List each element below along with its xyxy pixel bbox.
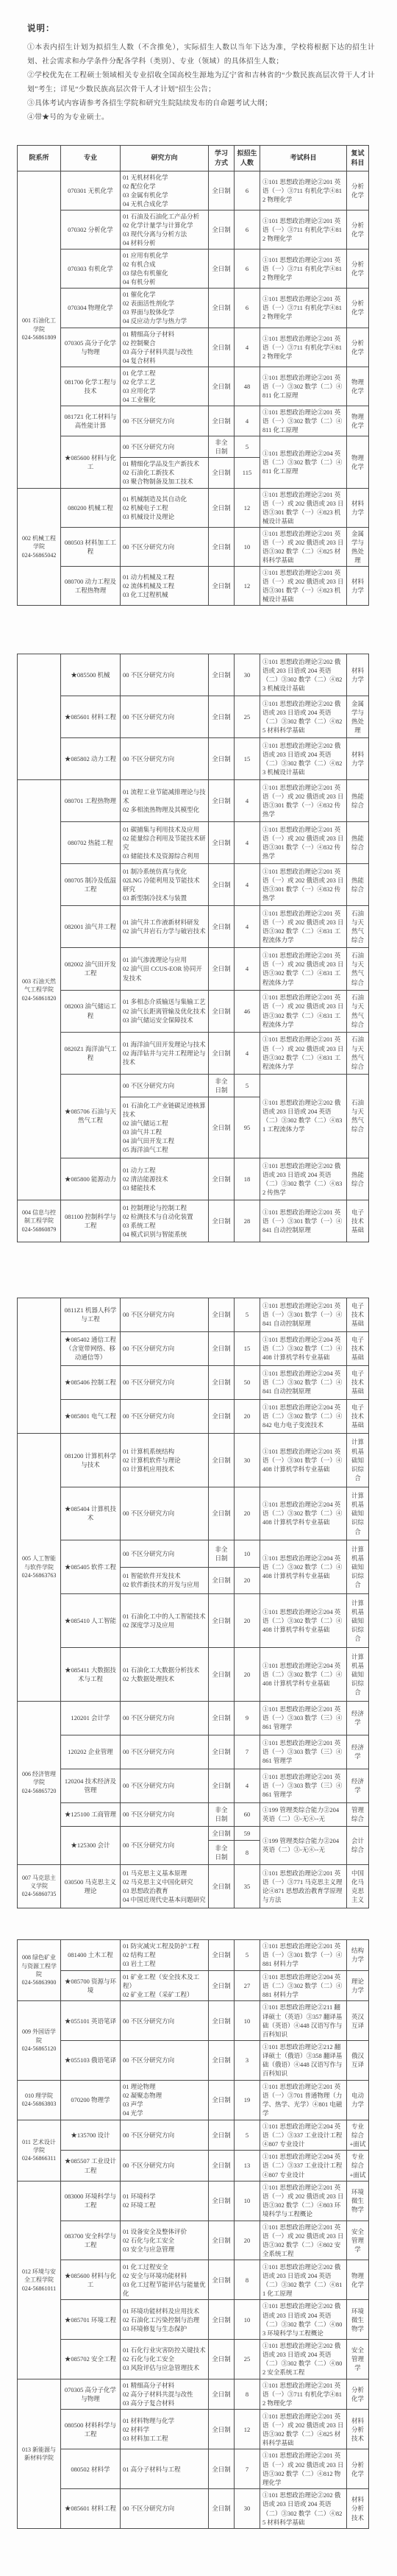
enrollment-cell: 10 [235, 2300, 260, 2340]
enrollment-cell: 19 [235, 2080, 260, 2120]
table-row: ★085402 通信工程（含宽带网络、移动通信等）00 不区分研究方向全日制15… [18, 1331, 369, 1365]
table-row: 081700 化学工程与技术01 化学工程 02 化学工艺 03 应用化学 04… [18, 367, 369, 406]
direction-cell: 00 不区分研究方向 [121, 1540, 209, 1567]
study-mode-cell: 非全 日制 [209, 1802, 235, 1826]
retest-subject-cell: 分析化学 [347, 2379, 369, 2410]
retest-subject-cell: 热能综合 [347, 822, 369, 864]
study-mode-cell: 全日制 [209, 2151, 235, 2182]
admissions-table-page-3: 0811Z1 机器人科学与工程00 不区分研究方向全日制5①101 思想政治理论… [17, 1298, 369, 1908]
direction-cell: 01 动力机械及工程 02 流体机械及工程 03 化工过程机械 [121, 567, 209, 606]
exam-subjects-cell: ①101 思想政治理论②201 英语（一）或 202 俄语或 203 日语③30… [260, 2181, 347, 2221]
exam-subjects-cell: ①101 思想政治理论②201 英语（一）或 202 俄语或 203 日语③30… [260, 906, 347, 948]
retest-subject-cell: 材料力学 [347, 567, 369, 606]
direction-cell: 01 流程工业节能减排理论与技术 02 多相流热物理及其模型化 [121, 780, 209, 822]
table-row: ★085410 人工智能01 石油化工中的人工智能技术 02 深度学习及应用全日… [18, 1594, 369, 1648]
enrollment-cell: 4 [235, 1769, 260, 1802]
notes-section: 说明： ①本表内招生计划为拟招生人数（不含推免），实际招生人数以当年下达为准，学… [27, 22, 375, 124]
major-cell: ★125300 会计 [61, 1827, 121, 1864]
retest-subject-cell: 物理化学 [347, 406, 369, 436]
direction-cell: 01 海洋油气田开发理论与技术 02 海洋钻井与完井工程理论与技术 [121, 1032, 209, 1074]
retest-subject-cell: 金属学与热处理 [347, 696, 369, 738]
retest-subject-cell: 管理综合 [347, 1802, 369, 1826]
department-cell [18, 654, 61, 780]
major-cell: ★055103 俄语笔译 [61, 2041, 121, 2081]
major-cell: ★085702 安全工程 [61, 2340, 121, 2379]
major-cell: ★135700 设计 [61, 2120, 121, 2151]
department-cell: 008 绿色矿业与资源工程学院 024-56863900 [18, 1940, 61, 2001]
study-mode-cell: 全日制 [209, 696, 235, 738]
study-mode-cell: 全日制 [209, 1399, 235, 1433]
retest-subject-cell: 材料分析技术 [347, 2410, 369, 2449]
enrollment-cell: 10 [235, 2001, 260, 2041]
study-mode-cell: 全日制 [209, 2181, 235, 2221]
exam-subjects-cell: ①101 思想政治理论②201 英语（一）或 202 俄语或 203 日语③30… [260, 864, 347, 906]
table-row: ★125300 会计00 不区分研究方向全日制59①199 管理类综合能力②20… [18, 1827, 369, 1841]
exam-subjects-cell: ①101 思想政治理论②212 翻译硕士（俄语）③358 翻译基础（俄语）④44… [260, 2041, 347, 2081]
exam-subjects-cell: ①101 思想政治理论②201 英语（一）或 202 俄语或 203 日语③30… [260, 527, 347, 566]
direction-cell: 00 不区分研究方向 [121, 2151, 209, 2182]
retest-subject-cell: 经济学 [347, 1735, 369, 1769]
study-mode-cell: 全日制 [209, 780, 235, 822]
direction-cell: 00 不区分研究方向 [121, 1827, 209, 1864]
study-mode-cell: 全日制 [209, 1158, 235, 1200]
table-row: ★085411 大数据技术与工程01 石油化工大数据分析技术 02 大数据处理技… [18, 1647, 369, 1701]
study-mode-cell: 全日制 [209, 567, 235, 606]
study-mode-cell: 全日制 [209, 738, 235, 780]
department-cell: 004 信息与控制工程学院 024-56860879 [18, 1200, 61, 1242]
study-mode-cell: 全日制 [209, 171, 235, 210]
notes-title: 说明： [27, 22, 375, 34]
enrollment-cell: 6 [235, 171, 260, 210]
study-mode-cell: 全日制 [209, 2410, 235, 2449]
column-header: 研究方向 [121, 146, 209, 171]
retest-subject-cell: 英汉互译 [347, 2001, 369, 2041]
enrollment-cell: 12 [235, 488, 260, 527]
study-mode-cell: 全日制 [209, 1433, 235, 1487]
exam-subjects-cell: ①101 思想政治理论②201 英语（一）或 202 俄语或 203 日语③30… [260, 567, 347, 606]
study-mode-cell: 全日制 [209, 1567, 235, 1593]
enrollment-cell: 5 [235, 436, 260, 458]
exam-subjects-cell: ①101 思想政治理论②204 英语（二）③302 数学（二）④841 自动控制… [260, 1365, 347, 1399]
major-cell: 0817Z1 化工材料与高性能计算 [61, 406, 121, 436]
major-cell: ★085410 人工智能 [61, 1594, 121, 1648]
study-mode-cell: 全日制 [209, 990, 235, 1032]
direction-cell: 01 设备安全及整体评价 02 石化与化工安全 03 安全与应急管理 [121, 2221, 209, 2260]
direction-cell: 01 石油化工产业链碳足迹核算技术 02 油气储运工程 03 油气井工程 04 … [121, 1097, 209, 1158]
retest-subject-cell: 电子技术基础 [347, 1298, 369, 1332]
enrollment-cell: 12 [235, 2410, 260, 2449]
retest-subject-cell: 环境微生物学 [347, 2181, 369, 2221]
enrollment-cell: 20 [235, 1647, 260, 1701]
retest-subject-cell: 理论力学 [347, 1970, 369, 2001]
enrollment-cell: 28 [235, 1200, 260, 1242]
enrollment-cell: 4 [235, 864, 260, 906]
department-cell: 001 石油化工学院 024-56861809 [18, 171, 61, 488]
column-header: 复试 科目 [347, 146, 369, 171]
study-mode-cell: 全日制 [209, 1827, 235, 1841]
major-cell: 070301 无机化学 [61, 171, 121, 210]
direction-cell: 01 矿业工程（安全技术及工程） 02 矿业工程（采矿工程） [121, 1970, 209, 2001]
note-item: ④带★号的为专业硕士。 [27, 110, 375, 124]
enrollment-cell: 30 [235, 1433, 260, 1487]
exam-subjects-cell: ①101 思想政治理论②201 英语（一）③711 有机化学④812 物理化学 [260, 289, 347, 328]
table-row: 008 绿色矿业与资源工程学院 024-56863900081400 土木工程0… [18, 1940, 369, 1971]
major-cell: 120201 会计学 [61, 1701, 121, 1735]
major-cell: ★085706 石油与天然气工程 [61, 1074, 121, 1158]
direction-cell: 01 多相态介质输送与集输工艺 02 油气长距离管输及优化技术 03 油气储运安… [121, 990, 209, 1032]
enrollment-cell: 7 [235, 1735, 260, 1769]
retest-subject-cell: 环境微生物学 [347, 2300, 369, 2340]
enrollment-cell: 25 [235, 2340, 260, 2379]
table-row: 002 机械工程学院 024-56865042080200 机械工程01 机械制… [18, 488, 369, 527]
exam-subjects-cell: ①101 思想政治理论②202 俄语或 203 日语或 204 英语（二）③30… [260, 1158, 347, 1200]
major-cell: ★085600 材料与化工 [61, 436, 121, 488]
table-row: 0820Z1 海洋油气工程01 海洋油气田开发理论与技术 02 海洋钻井与完井工… [18, 1032, 369, 1074]
study-mode-cell: 全日制 [209, 458, 235, 488]
retest-subject-cell: 物理化学 [347, 2260, 369, 2300]
exam-subjects-cell: ①101 思想政治理论②201 英语（一）或 202 俄语或 203 日语③30… [260, 822, 347, 864]
retest-subject-cell: 热能综合 [347, 864, 369, 906]
table-row: ★085406 控制工程00 不区分研究方向全日制50①101 思想政治理论②2… [18, 1365, 369, 1399]
retest-subject-cell: 结构力学 [347, 1940, 369, 1971]
retest-subject-cell: 电子技术基础 [347, 1399, 369, 1433]
study-mode-cell: 非全 日制 [209, 436, 235, 458]
department-cell: 010 理学院 024-56863803 [18, 2080, 61, 2120]
direction-cell: 01 精细高分子材料 02 控制聚合 03 高分子材料共混与改性 04 复合材料 [121, 328, 209, 367]
direction-cell: 01 石油化工中的人工智能技术 02 深度学习及应用 [121, 1594, 209, 1648]
study-mode-cell: 全日制 [209, 864, 235, 906]
exam-subjects-cell: ①101 思想政治理论②202 俄语或 203 日语或 204 英语（二）③30… [260, 696, 347, 738]
retest-subject-cell: 计算机基础知识综合 [347, 1487, 369, 1540]
column-header: 考试科目 [260, 146, 347, 171]
exam-subjects-cell: ①101 思想政治理论②201 英语（一）③301 数学（一）④408 计算机学… [260, 1433, 347, 1487]
table-row: 080502 材料学01 高分子材料与工程全日制7①101 思想政治理论②201… [18, 2449, 369, 2489]
direction-cell: 00 不区分研究方向 [121, 2489, 209, 2529]
study-mode-cell: 全日制 [209, 1365, 235, 1399]
enrollment-cell: 6 [235, 250, 260, 289]
enrollment-cell: 10 [235, 527, 260, 566]
enrollment-cell: 5 [235, 1074, 260, 1097]
study-mode-cell: 全日制 [209, 2260, 235, 2300]
retest-subject-cell: 石油与天然气综合 [347, 906, 369, 948]
major-cell: 080700 动力工程及工程热物理 [61, 567, 121, 606]
enrollment-cell: 35 [235, 1864, 260, 1908]
direction-cell: 01 制冷系统仿真与优化 02LNG 冷能利用及节能技术研究 03 新型制冷技术… [121, 864, 209, 906]
table-row: 0817Z1 化工材料与高性能计算00 不区分研究方向全日制4①101 思想政治… [18, 406, 369, 436]
study-mode-cell: 全日制 [209, 906, 235, 948]
column-header: 院系所 [18, 146, 61, 171]
major-cell: 070200 物理学 [61, 2080, 121, 2120]
enrollment-cell: 20 [235, 1567, 260, 1593]
enrollment-cell: 20 [235, 2221, 260, 2260]
exam-subjects-cell: ①101 思想政治理论②204 英语（二）③302 数学（二）④408 计算机学… [260, 1540, 347, 1594]
department-cell: 002 机械工程学院 024-56865042 [18, 488, 61, 606]
direction-cell: 01 化工过程安全 02 安全与环境功能材料 03 化工过程节能评估与能量优化 [121, 2260, 209, 2300]
retest-subject-cell: 金属学与热处理 [347, 527, 369, 566]
retest-subject-cell: 计算机基础知识综合 [347, 1540, 369, 1594]
major-cell: 083000 环境科学与工程 [61, 2181, 121, 2221]
study-mode-cell: 全日制 [209, 1487, 235, 1540]
direction-cell: 00 不区分研究方向 [121, 527, 209, 566]
admissions-table-page-2: ★085500 机械00 不区分研究方向全日制30①101 思想政治理论②202… [17, 654, 369, 1242]
direction-cell: 01 应用有机化学 02 有机合成 03 绿色有机催化 04 有机分析 [121, 250, 209, 289]
major-cell: 080705 制冷及低温工程 [61, 864, 121, 906]
table-row: ★085601 材料工程00 不区分研究方向全日制25①101 思想政治理论②2… [18, 696, 369, 738]
enrollment-cell: 4 [235, 948, 260, 990]
retest-subject-cell: 电子技术基础 [347, 1365, 369, 1399]
direction-cell: 01 化学工程 02 化学工艺 03 应用化学 04 工业催化 [121, 367, 209, 406]
retest-subject-cell: 分析化学 [347, 2449, 369, 2489]
retest-subject-cell: 专业综合+面试 [347, 2151, 369, 2182]
retest-subject-cell: 物理化学 [347, 436, 369, 488]
major-cell: 083700 安全科学与工程 [61, 2221, 121, 2260]
exam-subjects-cell: ①101 思想政治理论②204 英语（二）③302 数学（二）④842 电力电子… [260, 1399, 347, 1433]
major-cell: ★055101 英语笔译 [61, 2001, 121, 2041]
retest-subject-cell: 计算机基础知识综合 [347, 1647, 369, 1701]
direction-cell: 01 无机材料化学 02 配位化学 03 金属有机化学 04 无机合成化学 [121, 171, 209, 210]
direction-cell: 01 智能软件开发技术 02 软件新技术的开发与应用 [121, 1567, 209, 1593]
major-cell: 0811Z1 机器人科学与工程 [61, 1298, 121, 1332]
table-row: ★085802 动力工程00 不区分研究方向全日制15①101 思想政治理论②2… [18, 738, 369, 780]
retest-subject-cell: 石油与天然气综合 [347, 1074, 369, 1158]
table-row: 013 新能源与新材料学院070305 高分子化学与物理01 精细高分子材料 0… [18, 2379, 369, 2410]
study-mode-cell: 全日制 [209, 1769, 235, 1802]
retest-subject-cell: 计算机基础知识综合 [347, 1433, 369, 1487]
retest-subject-cell: 电子技术基础 [347, 1200, 369, 1242]
study-mode-cell: 全日制 [209, 1735, 235, 1769]
study-mode-cell: 全日制 [209, 2120, 235, 2151]
table-row: 0811Z1 机器人科学与工程00 不区分研究方向全日制5①101 思想政治理论… [18, 1298, 369, 1332]
study-mode-cell: 全日制 [209, 1970, 235, 2001]
table-row: ★085405 软件工程00 不区分研究方向非全 日制10①101 思想政治理论… [18, 1540, 369, 1567]
retest-subject-cell: 安全管理学 [347, 2221, 369, 2260]
major-cell: ★085802 动力工程 [61, 738, 121, 780]
exam-subjects-cell: ①101 思想政治理论②201 英语（一）或 202 俄语或 203 日语③30… [260, 2410, 347, 2449]
study-mode-cell: 全日制 [209, 2379, 235, 2410]
retest-subject-cell: 材料力学 [347, 654, 369, 696]
table-row: 004 信息与控制工程学院 024-56860879081100 控制科学与工程… [18, 1200, 369, 1242]
enrollment-cell: 27 [235, 1970, 260, 2001]
exam-subjects-cell: ①101 思想政治理论②202 俄语或 203 日语或 204 英语（二）③30… [260, 1074, 347, 1158]
exam-subjects-cell: ①101 思想政治理论②211 翻译硕士（英语）③357 翻译基础（英语）④44… [260, 2001, 347, 2041]
exam-subjects-cell: ①101 思想政治理论②204 英语（二）③302 数学（二）④811 化工原理 [260, 436, 347, 488]
table-row: 120202 企业管理00 不区分研究方向全日制7①101 思想政治理论②201… [18, 1735, 369, 1769]
major-cell: 070304 物理化学 [61, 289, 121, 328]
enrollment-cell: 4 [235, 780, 260, 822]
note-item: ②学校优先在工程硕士领域相关专业招收全国高校生源地为辽宁省和吉林省的“少数民族高… [27, 68, 375, 96]
enrollment-cell: 12 [235, 567, 260, 606]
department-cell: 005 人工智能与软件学院 024-56863763 [18, 1433, 61, 1701]
retest-subject-cell: 石油与天然气综合 [347, 1032, 369, 1074]
enrollment-cell: 20 [235, 1594, 260, 1648]
major-cell: ★085600 材料与化工 [61, 2260, 121, 2300]
retest-subject-cell: 俄汉互译 [347, 2041, 369, 2081]
study-mode-cell: 全日制 [209, 1864, 235, 1908]
direction-cell: 00 不区分研究方向 [121, 1399, 209, 1433]
table-row: ★055103 俄语笔译00 不区分研究方向全日制3①101 思想政治理论②21… [18, 2041, 369, 2081]
direction-cell: 00 不区分研究方向 [121, 1802, 209, 1826]
table-row: 010 理学院 024-56863803070200 物理学01 理论物理 02… [18, 2080, 369, 2120]
major-cell: ★085500 机械 [61, 654, 121, 696]
retest-subject-cell: 石油与天然气综合 [347, 990, 369, 1032]
table-row: 001 石油化工学院 024-56861809070301 无机化学01 无机材… [18, 171, 369, 210]
table-row: 080500 材料科学与工程01 材料物理与化学 02 材料学 03 材料加工工… [18, 2410, 369, 2449]
enrollment-cell: 60 [235, 1802, 260, 1826]
exam-subjects-cell: ①101 思想政治理论②204 英语（二）③337 工业设计工程④807 专业设… [260, 2120, 347, 2151]
table-row: ★085404 计算机技术00 不区分研究方向全日制20①101 思想政治理论②… [18, 1487, 369, 1540]
table-row: 082002 油气田开发工程01 油气渗流理论与应用 02 油气田 CCUS-E… [18, 948, 369, 990]
exam-subjects-cell: ①101 思想政治理论②201 英语（一）③303 数学（三）④861 管理学 [260, 1735, 347, 1769]
enrollment-cell: 5 [235, 2120, 260, 2151]
exam-subjects-cell: ①101 思想政治理论②201 英语（一）③302 数学（二）④811 化工原理 [260, 367, 347, 406]
major-cell: 080701 工程热物理 [61, 780, 121, 822]
major-cell: 082002 油气田开发工程 [61, 948, 121, 990]
major-cell: ★085402 通信工程（含宽带网络、移动通信等） [61, 1331, 121, 1365]
major-cell: 0820Z1 海洋油气工程 [61, 1032, 121, 1074]
study-mode-cell: 全日制 [209, 210, 235, 249]
direction-cell: 00 不区分研究方向 [121, 1331, 209, 1365]
enrollment-cell: 6 [235, 210, 260, 249]
notes-list: ①本表内招生计划为拟招生人数（不含推免），实际招生人数以当年下达为准，学校将根据… [27, 40, 375, 124]
admissions-table-page-1: 院系所专业研究方向学习 方式拟招生 人数考试科目复试 科目001 石油化工学院 … [17, 145, 369, 606]
exam-subjects-cell: ①101 思想政治理论②204 英语（二）③302 数学（二）④408 计算机学… [260, 1594, 347, 1648]
exam-subjects-cell: ①101 思想政治理论②201 英语（一）③301 数学（一）④841 自动控制… [260, 1298, 347, 1332]
study-mode-cell: 全日制 [209, 1647, 235, 1701]
retest-subject-cell: 材料分析技术 [347, 2489, 369, 2529]
exam-subjects-cell: ①101 思想政治理论②201 英语（一）③303 数学（三）④861 管理学 [260, 1769, 347, 1802]
study-mode-cell: 全日制 [209, 1097, 235, 1158]
major-cell: ★085701 环境工程 [61, 2300, 121, 2340]
table-row: 005 人工智能与软件学院 024-56863763081200 计算机科学与技… [18, 1433, 369, 1487]
direction-cell: 01 石油及石油化工产品分析 02 化学计量学与计算化学 03 现代分离与分析方… [121, 210, 209, 249]
direction-cell: 00 不区分研究方向 [121, 2120, 209, 2151]
major-cell: 070305 高分子化学与物理 [61, 328, 121, 367]
direction-cell: 01 碳捕集与利用技术及应用 02 能量综合利用及节能技术研究 03 储能技术及… [121, 822, 209, 864]
column-header: 拟招生 人数 [235, 146, 260, 171]
retest-subject-cell: 专业综合+面试 [347, 2120, 369, 2151]
major-cell: 120202 企业管理 [61, 1735, 121, 1769]
exam-subjects-cell: ①101 思想政治理论②201 英语（一）③301 数学（一）④841 自动控制… [260, 1200, 347, 1242]
study-mode-cell: 全日制 [209, 289, 235, 328]
exam-subjects-cell: ①101 思想政治理论②201 英语（一）或 202 俄语或 203 日语③30… [260, 2221, 347, 2260]
direction-cell: 00 不区分研究方向 [121, 1365, 209, 1399]
retest-subject-cell: 分析化学 [347, 171, 369, 210]
study-mode-cell: 全日制 [209, 1594, 235, 1648]
table-row: ★085507 工业设计工程00 不区分研究方向全日制13①101 思想政治理论… [18, 2151, 369, 2182]
exam-subjects-cell: ①101 思想政治理论②201 英语（一）③711 有机化学④812 物理化学 [260, 210, 347, 249]
table-row: 009 外国语学院 024-56865120★055101 英语笔译00 不区分… [18, 2001, 369, 2041]
major-cell: 081100 控制科学与工程 [61, 1200, 121, 1242]
table-row: ★085600 材料与化工01 化工过程安全 02 安全与环境功能材料 03 化… [18, 2260, 369, 2300]
retest-subject-cell: 分析化学 [347, 250, 369, 289]
direction-cell: 00 不区分研究方向 [121, 406, 209, 436]
direction-cell: 01 高分子材料与工程 [121, 2449, 209, 2489]
table-row: 070302 分析化学01 石油及石油化工产品分析 02 化学计量学与计算化学 … [18, 210, 369, 249]
table-row: ★085801 电气工程00 不区分研究方向全日制20①101 思想政治理论②2… [18, 1399, 369, 1433]
enrollment-cell: 46 [235, 990, 260, 1032]
enrollment-cell: 30 [235, 2489, 260, 2529]
retest-subject-cell: 电子技术基础 [347, 1331, 369, 1365]
exam-subjects-cell: ①199 管理类综合能力②204 英语（二）③-无④--无 [260, 1802, 347, 1826]
enrollment-cell: 6 [235, 289, 260, 328]
retest-subject-cell: 计算机基础知识综合 [347, 1594, 369, 1648]
direction-cell: 01 油气渗流理论与应用 02 油气田 CCUS-EOR 协同开发技术 [121, 948, 209, 990]
major-cell: 070305 高分子化学与物理 [61, 2379, 121, 2410]
table-row: 011 艺术设计学院 024-56866311★135700 设计00 不区分研… [18, 2120, 369, 2151]
major-cell: ★085507 工业设计工程 [61, 2151, 121, 2182]
major-cell: 080500 材料科学与工程 [61, 2410, 121, 2449]
table-row: 006 经济管理学院 024-56865720120201 会计学00 不区分研… [18, 1701, 369, 1735]
table-row: ★085600 材料与化工00 不区分研究方向非全 日制5①101 思想政治理论… [18, 436, 369, 458]
department-cell [18, 1298, 61, 1434]
direction-cell: 01 催化化学 02 表面活性剂化学 03 界面与胶体化学 04 反应动力学与热… [121, 289, 209, 328]
enrollment-cell: 5 [235, 1298, 260, 1332]
retest-subject-cell: 中国化马克思主义 [347, 1864, 369, 1908]
major-cell: ★085404 计算机技术 [61, 1487, 121, 1540]
direction-cell: 00 不区分研究方向 [121, 1074, 209, 1097]
exam-subjects-cell: ①101 思想政治理论②201 英语（一）或 202 俄语或 203 日语③30… [260, 2449, 347, 2489]
study-mode-cell: 非全 日制 [209, 1841, 235, 1864]
table-row: 080700 动力工程及工程热物理01 动力机械及工程 02 流体机械及工程 0… [18, 567, 369, 606]
study-mode-cell: 全日制 [209, 1701, 235, 1735]
study-mode-cell: 全日制 [209, 948, 235, 990]
admissions-table-page-4: 008 绿色矿业与资源工程学院 024-56863900081400 土木工程0… [17, 1939, 369, 2529]
retest-subject-cell: 电动力学 [347, 2080, 369, 2120]
study-mode-cell: 全日制 [209, 367, 235, 406]
department-cell: 003 石油天然气工程学院 024-56861820 [18, 780, 61, 1200]
study-mode-cell: 全日制 [209, 2221, 235, 2260]
exam-subjects-cell: ①101 思想政治理论②201 英语（一）或 202 俄语或 203 日语③30… [260, 488, 347, 527]
study-mode-cell: 全日制 [209, 2041, 235, 2081]
enrollment-cell: 20 [235, 1399, 260, 1433]
direction-cell: 01 环境科学 02 环境工程 [121, 2181, 209, 2221]
table-row: 080702 热能工程01 碳捕集与利用技术及应用 02 能量综合利用及节能技术… [18, 822, 369, 864]
major-cell: 082001 油气井工程 [61, 906, 121, 948]
study-mode-cell: 全日制 [209, 654, 235, 696]
table-row: 082001 油气井工程01 油气井工作液新材料研发 02 油气井岩石力学与破岩… [18, 906, 369, 948]
major-cell: ★085411 大数据技术与工程 [61, 1647, 121, 1701]
exam-subjects-cell: ①101 思想政治理论②202 俄语或 203 日语或 204 英语（二）③30… [260, 2260, 347, 2300]
table-row: ★085601 材料工程00 不区分研究方向全日制30①101 思想政治理论②2… [18, 2489, 369, 2529]
major-cell: 081400 土木工程 [61, 1940, 121, 1971]
retest-subject-cell: 分析化学 [347, 328, 369, 367]
major-cell: ★085800 能源动力 [61, 1158, 121, 1200]
study-mode-cell: 全日制 [209, 2340, 235, 2379]
study-mode-cell: 全日制 [209, 1200, 235, 1242]
direction-cell: 00 不区分研究方向 [121, 1701, 209, 1735]
retest-subject-cell: 物理化学 [347, 367, 369, 406]
study-mode-cell: 全日制 [209, 2080, 235, 2120]
exam-subjects-cell: ①101 思想政治理论②201 英语（一）③301 数学（一）④881 材料力学 [260, 1940, 347, 1971]
retest-subject-cell: 热能综合 [347, 780, 369, 822]
enrollment-cell: 30 [235, 654, 260, 696]
direction-cell: 01 动力工程 02 清洁能源技术 03 储能技术 [121, 1158, 209, 1200]
retest-subject-cell: 分析化学 [347, 289, 369, 328]
major-cell: 081200 计算机科学与技术 [61, 1433, 121, 1487]
retest-subject-cell: 会计综合 [347, 1827, 369, 1864]
retest-subject-cell: 热能综合 [347, 1158, 369, 1200]
exam-subjects-cell: ①101 思想政治理论②202 俄语或 203 日语或 204 英语（二）③30… [260, 2300, 347, 2340]
direction-cell: 00 不区分研究方向 [121, 436, 209, 458]
exam-subjects-cell: ①101 思想政治理论②201 英语（一）或 202 俄语或 203 日语③30… [260, 948, 347, 990]
direction-cell: 00 不区分研究方向 [121, 1769, 209, 1802]
direction-cell: 01 计算机系统结构 02 计算机软件与理论 03 计算机应用技术 [121, 1433, 209, 1487]
document-canvas: 说明： ①本表内招生计划为拟招生人数（不含推免），实际招生人数以当年下达为准，学… [0, 0, 397, 2576]
direction-cell: 01 精细化学品及生产新技术 02 石油化工新技术 03 聚合物制备及加工技术 [121, 458, 209, 488]
enrollment-cell: 5 [235, 1940, 260, 1971]
major-cell: 030500 马克思主义理论 [61, 1864, 121, 1908]
study-mode-cell: 全日制 [209, 1331, 235, 1365]
